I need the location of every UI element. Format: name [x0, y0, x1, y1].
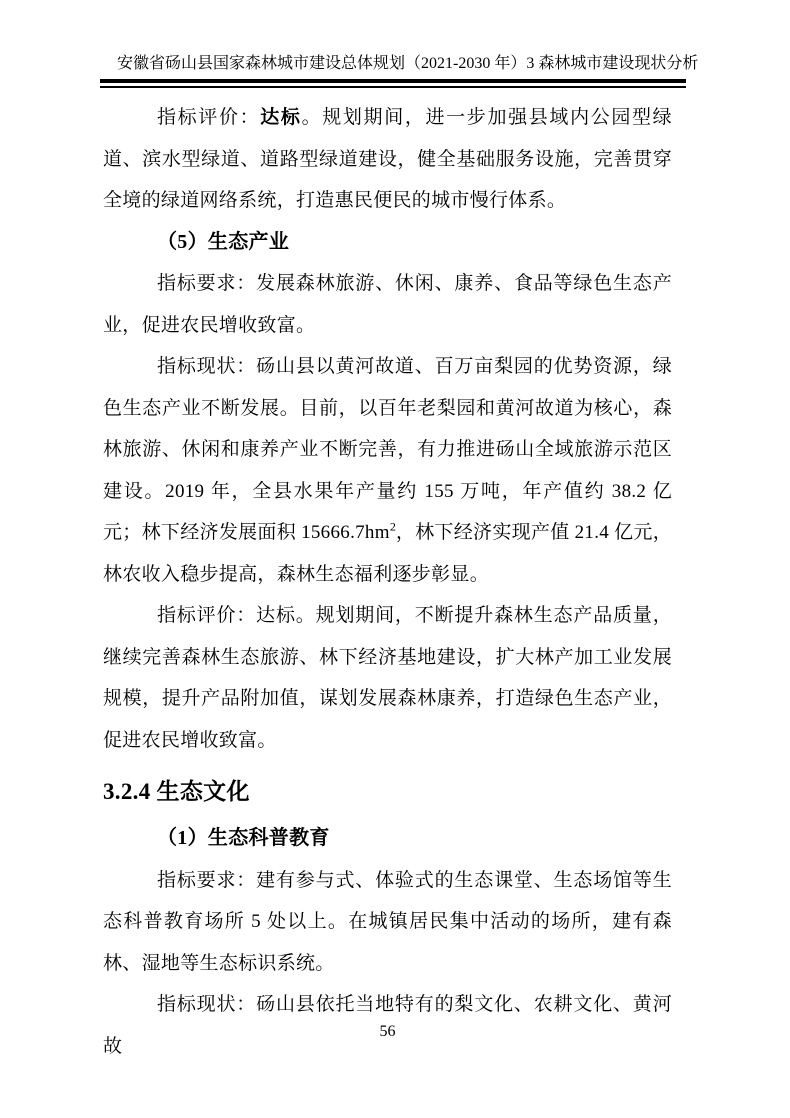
paragraph-eval-industry: 指标评价：达标。规划期间，不断提升森林生态产品质量，继续完善森林生态旅游、林下经…: [103, 595, 672, 761]
eval-greenway-verdict: 达标: [260, 107, 301, 128]
heading-eco-industry: （5）生态产业: [103, 222, 672, 264]
page-number: 56: [380, 1023, 396, 1040]
header-right-title: 3 森林城市建设现状分析: [526, 53, 698, 75]
document-page: 安徽省砀山县国家森林城市建设总体规划（2021-2030 年） 3 森林城市建设…: [0, 0, 790, 1118]
paragraph-requirement-industry: 指标要求：发展森林旅游、休闲、康养、食品等绿色生态产业，促进农民增收致富。: [103, 263, 672, 346]
header-left-title: 安徽省砀山县国家森林城市建设总体规划（2021-2030 年）: [117, 53, 526, 75]
paragraph-status-industry: 指标现状：砀山县以黄河故道、百万亩梨园的优势资源，绿色生态产业不断发展。目前，以…: [103, 346, 672, 595]
page-footer: 56: [103, 1021, 672, 1043]
heading-science-edu: （1）生态科普教育: [103, 818, 672, 860]
heading-section-3-2-4: 3.2.4 生态文化: [103, 770, 672, 814]
paragraph-requirement-edu: 指标要求：建有参与式、体验式的生态课堂、生态场馆等生态科普教育场所 5 处以上。…: [103, 860, 672, 985]
status-industry-text-a: 指标现状：砀山县以黄河故道、百万亩梨园的优势资源，绿色生态产业不断发展。目前，以…: [103, 356, 672, 543]
paragraph-eval-greenway: 指标评价：达标。规划期间，进一步加强县域内公园型绿道、滨水型绿道、道路型绿道建设…: [103, 97, 672, 222]
page-header: 安徽省砀山县国家森林城市建设总体规划（2021-2030 年） 3 森林城市建设…: [100, 53, 686, 75]
document-content: 指标评价：达标。规划期间，进一步加强县域内公园型绿道、滨水型绿道、道路型绿道建设…: [103, 97, 672, 1067]
eval-greenway-label: 指标评价：: [157, 107, 260, 128]
header-divider-rule: [100, 79, 686, 88]
